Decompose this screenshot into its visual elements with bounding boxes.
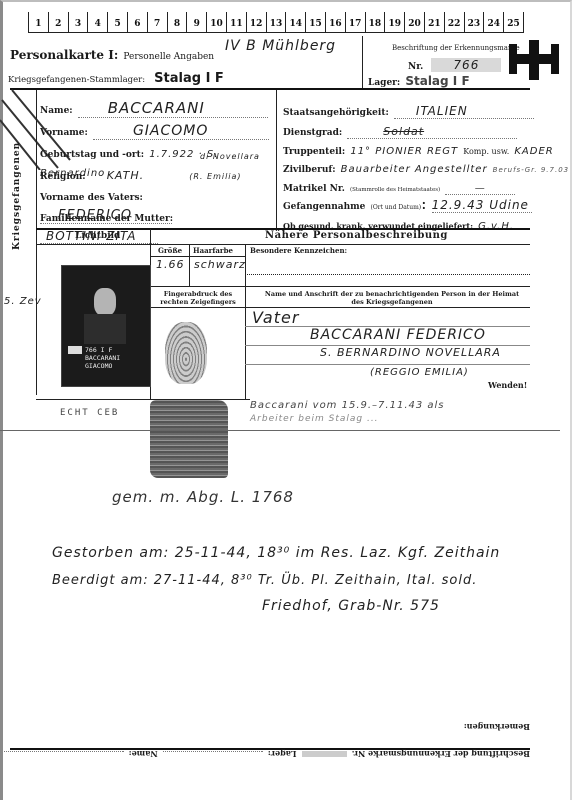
handwritten-camp: IV B Mühlberg [225,38,336,54]
footer-tag-row: Beschriftung der Erkennungsmarke Nr. Lag… [4,747,530,766]
religion-label: Religion: [40,172,86,182]
field-rank: Dienstgrad: Soldat [283,120,517,139]
field-job: Zivilberuf: Bauarbeiter Angestellter Ber… [283,157,569,176]
nationality-label: Staatsangehörigkeit: [283,108,389,118]
contact-label: Name und Anschrift der zu benachrichtige… [262,290,522,306]
lager-row: Lager: Stalag I F [368,70,515,89]
strip-cell: 12 [246,12,266,32]
grid-rule [150,286,530,287]
fingerprint-label: Fingerabdruck des rechten Zeigefingers [153,290,243,306]
strip-cell: 9 [186,12,206,32]
death-line-1: Gestorben am: 25-11-44, 18³⁰ im Res. Laz… [52,545,500,561]
death-line-3: Friedhof, Grab-Nr. 575 [262,598,440,614]
name-value: BACCARANI [78,99,268,118]
unit-label: Truppenteil: [283,147,345,157]
strip-cell: 6 [127,12,147,32]
strip-cell: 1 [28,12,48,32]
height-value: 1.66 [156,258,185,271]
fingerprint-smudge [150,400,228,478]
handwritten-note-2: Arbeiter beim Stalag ... [250,414,379,424]
contact-address: S. BERNARDINO NOVELLARA [320,346,501,359]
strip-cell: 16 [325,12,345,32]
strip-cell: 13 [266,12,286,32]
strip-cell: 21 [424,12,444,32]
strip-cell: 20 [404,12,424,32]
iron-cross-stamp-icon [509,40,559,80]
reference-note: gem. m. Abg. L. 1768 [112,488,294,506]
mother-label: Familienname der Mutter: [40,214,173,224]
hair-value: schwarz [194,258,246,271]
description-heading-rule [150,244,530,245]
partial-stamp-text: ECHT CEB [60,408,119,418]
field-vorname: Vorname: GIACOMO [40,120,272,140]
fingerprint-impression [165,322,207,384]
capture-note: (Ort und Datum) [370,204,421,211]
strip-cell: 10 [206,12,226,32]
strip-cell: 22 [444,12,464,32]
footer-name-label: Name: [129,749,158,759]
photo-heading-rule [36,244,150,245]
contact-region: (REGGIO EMILIA) [370,367,469,378]
grid-rule [150,256,245,257]
plate-line-2: BACCARANI [68,354,144,362]
contact-relation: Vater [252,308,299,327]
rank-value: Soldat [347,125,517,139]
unit-mid: Komp. usw. [463,147,509,156]
lager-label: Lager: [368,78,400,88]
birth-label: Geburtstag und -ort: [40,150,144,160]
birth-extra: di Novellara [200,152,260,161]
health-value: G.v.H. [478,221,514,232]
footer-tag-label: Beschriftung der Erkennungsmarke Nr. [352,749,530,759]
matrikel-note: (Stammrolle des Heimatstaates) [350,187,440,193]
card-title: Personalkarte I: [10,48,118,62]
matrikel-label: Matrikel Nr. [283,184,345,194]
field-unit: Truppenteil: 11° PIONIER REGT Komp. usw.… [283,139,554,158]
contact-name: BACCARANI FEDERICO [310,327,486,343]
lager-value: Stalag I F [405,74,515,89]
strip-cell: 7 [147,12,167,32]
religion-extra: (R. Emilia) [189,172,241,181]
grid-rule [245,364,530,365]
strip-cell: 25 [503,12,524,32]
field-nationality: Staatsangehörigkeit: ITALIEN [283,100,534,119]
strip-cell: 14 [285,12,305,32]
hair-label: Haarfarbe [193,246,233,255]
side-label: Kriegsgefangenen [12,142,22,250]
plate-line-1: 766 I F [85,346,112,354]
unit-extra: KADER [514,146,553,157]
death-line-2: Beerdigt am: 27-11-44, 8³⁰ Tr. Üb. Pl. Z… [52,573,477,588]
field-matrikel: Matrikel Nr. (Stammrolle des Heimatstaat… [283,176,515,195]
description-heading: Nähere Personalbeschreibung [265,230,448,241]
stammlager-value: Stalag I F [154,71,224,86]
strip-cell: 3 [68,12,88,32]
grid-bottom-rule [36,399,250,400]
capture-value: 12.9.43 Udine [432,198,532,213]
job-extra: Berufs-Gr. 9.7.03 [493,166,569,174]
name-label: Name: [40,106,73,116]
height-label: Größe [158,246,182,255]
tag-heading: Beschriftung der Erkennungsmarke [392,44,520,52]
card-subtitle: Personelle Angaben [123,52,214,62]
left-margin-rule [36,90,37,395]
unit-value: 11° PIONIER REGT [350,146,458,157]
turn-over-label: Wenden! [488,380,527,390]
job-label: Zivilberuf: [283,165,336,175]
nationality-value: ITALIEN [394,104,534,119]
job-value: Bauarbeiter Angestellter [341,164,488,175]
strip-cell: 2 [48,12,68,32]
card-title-row: Personalkarte I: Personelle Angaben [10,44,214,63]
capture-label: Gefangennahme [283,202,365,212]
grid-rule [245,274,530,275]
father-label: Vorname des Vaters: [40,193,143,203]
number-strip: 1234567891011121314151617181920212223242… [28,12,524,33]
side-note: 5. Zev [4,296,42,307]
strip-cell: 18 [365,12,385,32]
marks-label: Besondere Kennzeichen: [250,246,347,255]
field-religion: Religion: KATH. (R. Emilia) [40,164,272,183]
strip-cell: 8 [167,12,187,32]
footer-remarks-label: Bemerkungen: [464,722,530,732]
faded-rule [0,430,560,431]
header-divider [362,36,363,88]
plate-line-3: GIACOMO [68,362,144,370]
photo-face [94,288,116,316]
prisoner-photo: 766 I F BACCARANI GIACOMO [61,265,151,387]
vorname-value: GIACOMO [93,123,269,140]
strip-cell: 24 [483,12,503,32]
grid-rule [150,307,530,308]
strip-cell: 4 [87,12,107,32]
strip-cell: 23 [464,12,484,32]
footer-lager-label: Lager: [268,749,297,759]
photo-plate: 766 I F BACCARANI GIACOMO [68,346,144,374]
vorname-label: Vorname: [40,128,88,138]
strip-cell: 11 [226,12,246,32]
grid-divider [189,244,190,286]
field-name: Name: BACCARANI [40,98,272,118]
strip-cell: 17 [345,12,365,32]
upside-down-footer: Bemerkungen: Beschriftung der Erkennungs… [10,700,530,772]
field-capture: Gefangennahme (Ort und Datum): 12.9.43 U… [283,194,532,213]
rank-label: Dienstgrad: [283,128,342,138]
strip-cell: 5 [107,12,127,32]
photo-body [84,314,126,344]
strip-cell: 15 [305,12,325,32]
photo-heading: Lichtbild [75,231,120,241]
header-rule [10,88,530,90]
handwritten-note-1: Baccarani vom 15.9.–7.11.43 als [250,400,445,411]
strip-cell: 19 [384,12,404,32]
religion-value: KATH. [107,169,144,182]
